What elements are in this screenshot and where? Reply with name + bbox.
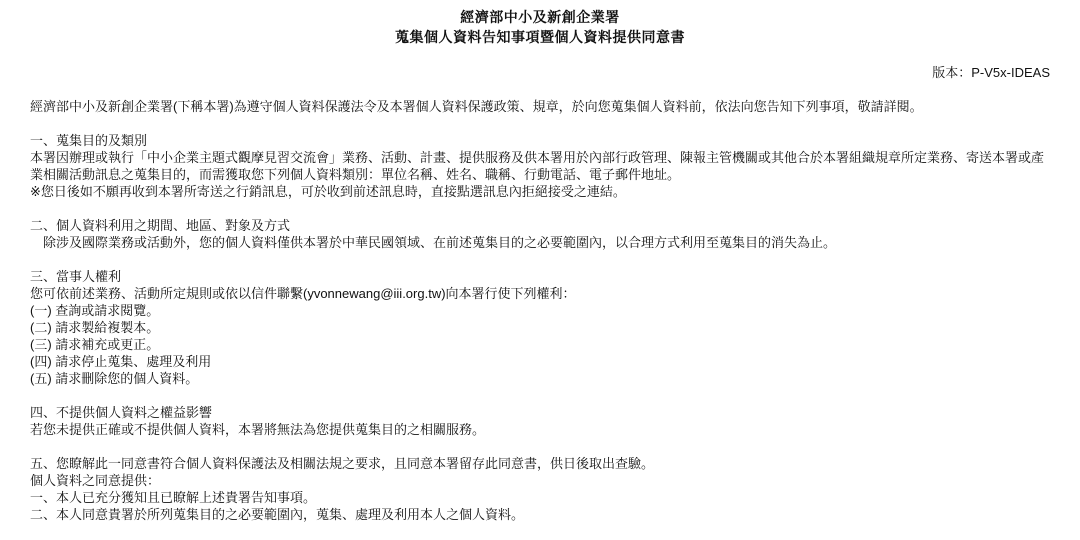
document-line: 若您未提供正確或不提供個人資料，本署將無法為您提供蒐集目的之相關服務。 [30, 421, 1050, 438]
blank-line [30, 200, 1050, 217]
document-line: 四、不提供個人資料之權益影響 [30, 404, 1050, 421]
document-line: (一) 查詢或請求閱覽。 [30, 302, 1050, 319]
document-line: 個人資料之同意提供： [30, 472, 1050, 489]
document-line: 經濟部中小及新創企業署(下稱本署)為遵守個人資料保護法令及本署個人資料保護政策、… [30, 98, 1050, 115]
document-line: ※您日後如不願再收到本署所寄送之行銷訊息，可於收到前述訊息時，直接點選訊息內拒絕… [30, 183, 1050, 200]
document-line: 除涉及國際業務或活動外，您的個人資料僅供本署於中華民國領域、在前述蒐集目的之必要… [30, 234, 1050, 251]
blank-line [30, 251, 1050, 268]
blank-line [30, 115, 1050, 132]
document-line: 二、個人資料利用之期間、地區、對象及方式 [30, 217, 1050, 234]
document-title-line2: 蒐集個人資料告知事項暨個人資料提供同意書 [30, 27, 1050, 47]
document-title-line1: 經濟部中小及新創企業署 [30, 7, 1050, 27]
blank-line [30, 438, 1050, 455]
document-line: (三) 請求補充或更正。 [30, 336, 1050, 353]
document-line: (五) 請求刪除您的個人資料。 [30, 370, 1050, 387]
document-body: 經濟部中小及新創企業署(下稱本署)為遵守個人資料保護法令及本署個人資料保護政策、… [30, 98, 1050, 523]
document-line: 二、本人同意貴署於所列蒐集目的之必要範圍內，蒐集、處理及利用本人之個人資料。 [30, 506, 1050, 523]
document-title: 經濟部中小及新創企業署 蒐集個人資料告知事項暨個人資料提供同意書 [30, 7, 1050, 47]
document-line: 三、當事人權利 [30, 268, 1050, 285]
document-line: 一、蒐集目的及類別 [30, 132, 1050, 149]
consent-document: 經濟部中小及新創企業署 蒐集個人資料告知事項暨個人資料提供同意書 版本：P-V5… [0, 0, 1080, 523]
document-line: 五、您瞭解此一同意書符合個人資料保護法及相關法規之要求，且同意本署留存此同意書，… [30, 455, 1050, 472]
document-line: (四) 請求停止蒐集、處理及利用 [30, 353, 1050, 370]
document-line: 本署因辦理或執行「中小企業主題式觀摩見習交流會」業務、活動、計畫、提供服務及供本… [30, 149, 1050, 183]
document-line: 您可依前述業務、活動所定規則或依以信件聯繫(yvonnewang@iii.org… [30, 285, 1050, 302]
document-line: (二) 請求製給複製本。 [30, 319, 1050, 336]
document-line: 一、本人已充分獲知且已瞭解上述貴署告知事項。 [30, 489, 1050, 506]
blank-line [30, 387, 1050, 404]
version-label: 版本：P-V5x-IDEAS [30, 64, 1050, 81]
